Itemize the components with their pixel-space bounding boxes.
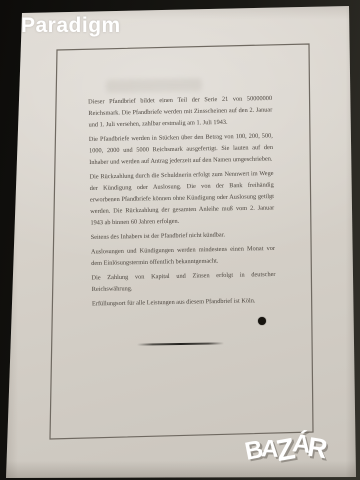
cancellation-punch-dot [258, 317, 266, 325]
terms-paragraph: Die Pfandbriefe werden in Stücken über d… [89, 130, 274, 168]
terms-paragraph: Dieser Pfandbrief bildet einen Teil der … [88, 92, 273, 130]
bazar-letter: R [305, 432, 329, 466]
terms-paragraph: Seitens des Inhabers ist der Pfandbrief … [91, 228, 275, 243]
terms-paragraph: Die Zahlung von Kapital und Zinsen erfol… [91, 268, 275, 295]
terms-paragraph: Auslosungen und Kündigungen werden minde… [91, 242, 275, 269]
certificate-terms-text: Dieser Pfandbrief bildet einen Teil der … [88, 92, 276, 312]
paradigm-watermark: Paradigm [21, 14, 121, 38]
photographed-certificate: Dieser Pfandbrief bildet einen Teil der … [0, 0, 360, 480]
bazar-logo-watermark: BAZÁR [244, 427, 356, 467]
terms-paragraph: Erfüllungsort für alle Leistungen aus di… [92, 294, 276, 309]
terms-paragraph: Die Rückzahlung durch die Schuldnerin er… [89, 167, 274, 228]
ink-bleed-through [106, 78, 202, 93]
